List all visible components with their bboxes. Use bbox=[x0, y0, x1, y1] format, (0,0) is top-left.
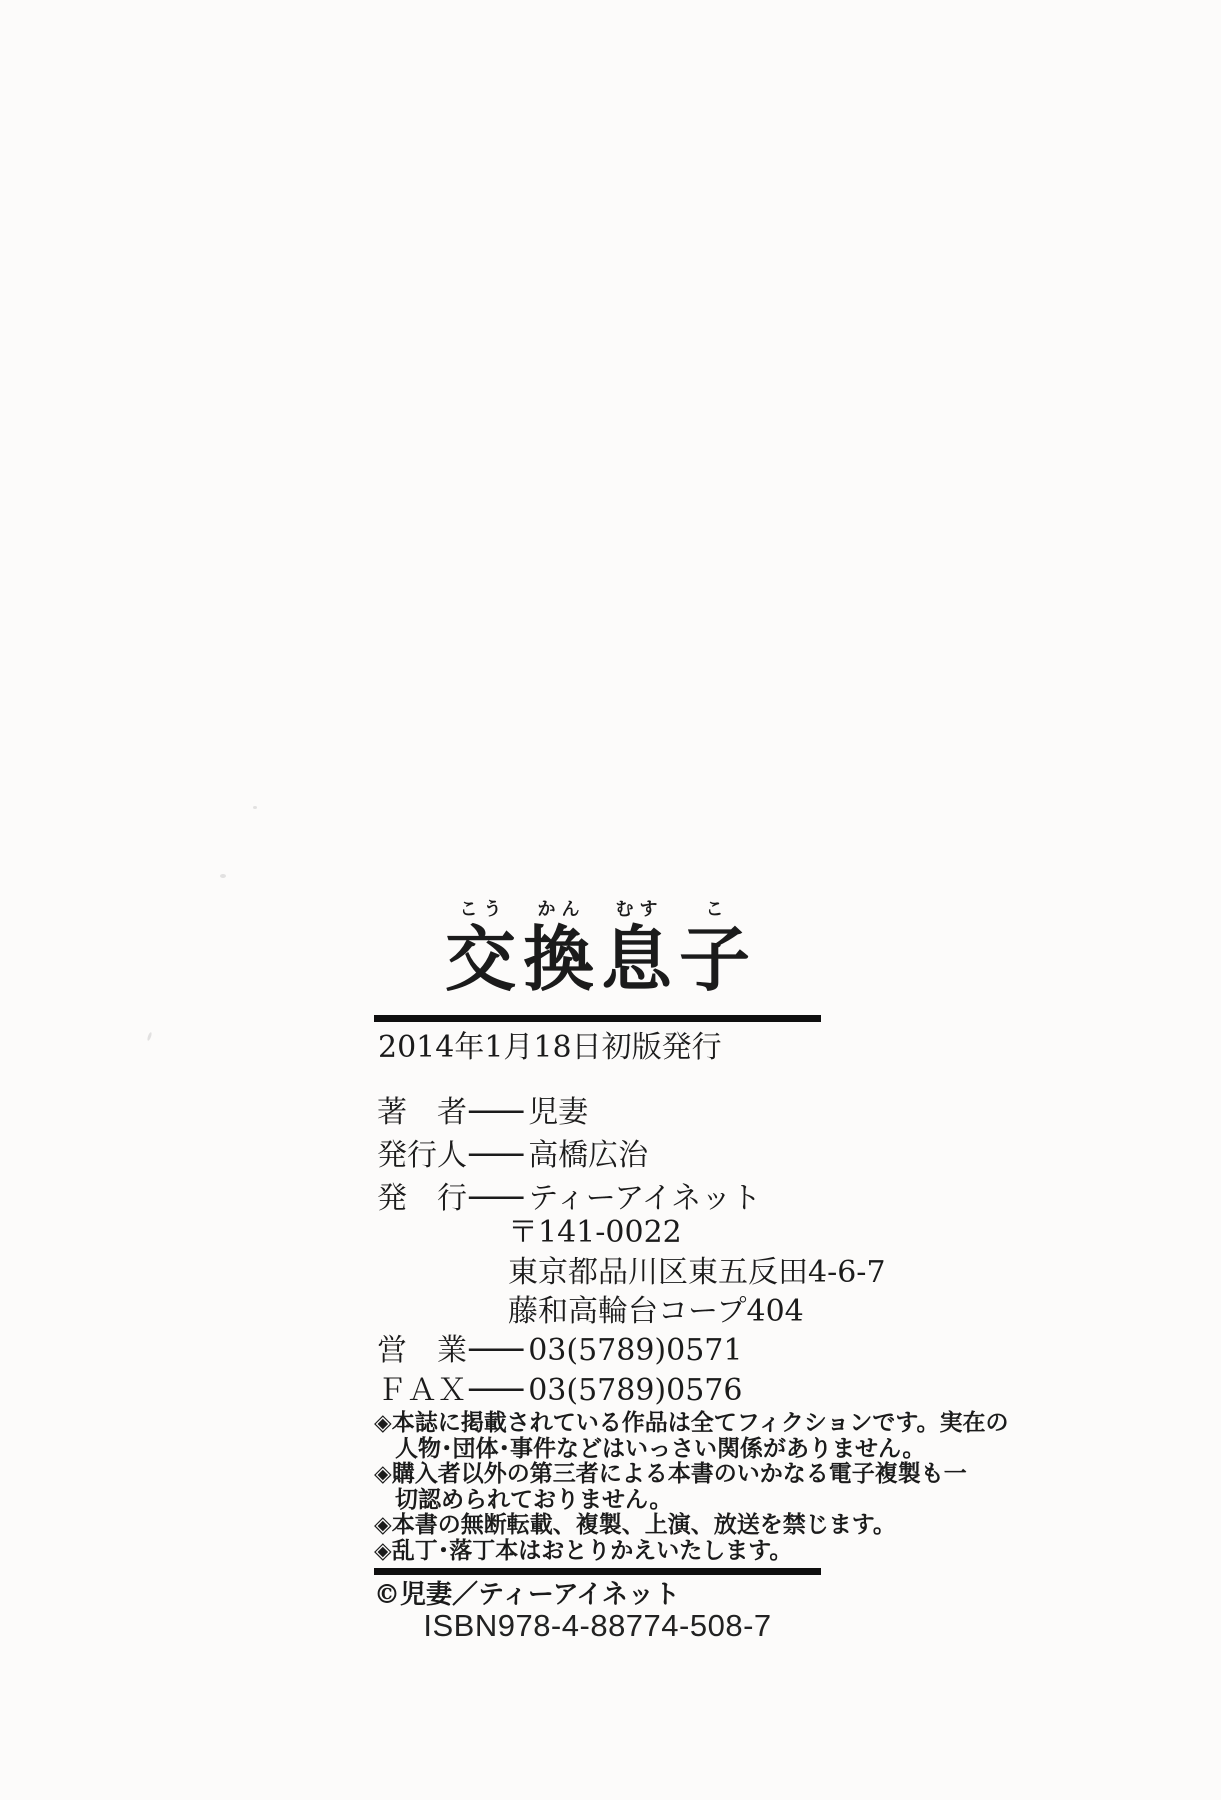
title-kanji: 換 bbox=[523, 922, 594, 997]
notice-line: 切認められておりません。 bbox=[374, 1487, 834, 1513]
contact-label: 営 業 bbox=[377, 1333, 467, 1369]
credit-row-publisher-person: 発行人───高橋広治 bbox=[377, 1138, 648, 1174]
leader-dash: ─── bbox=[469, 1333, 523, 1369]
fax-number: 03(5789)0576 bbox=[528, 1373, 742, 1409]
contact-label: ＦＡＸ bbox=[377, 1373, 467, 1409]
title-char: かん 換 bbox=[520, 898, 598, 997]
title-underline bbox=[374, 1015, 821, 1022]
contact-row-fax: ＦＡＸ───03(5789)0576 bbox=[377, 1373, 742, 1409]
credit-row-author: 著 者───児妻 bbox=[377, 1095, 588, 1131]
copyright-line: ©児妻／ティーアイネット bbox=[374, 1579, 680, 1611]
notice-line: ◈本誌に掲載されている作品は全てフィクションです。実在の bbox=[374, 1410, 834, 1436]
scan-speck bbox=[253, 806, 257, 809]
notice-line: ◈乱丁･落丁本はおとりかえいたします。 bbox=[374, 1538, 834, 1564]
title-kanji: 息 bbox=[601, 922, 672, 997]
title-char: むす 息 bbox=[598, 898, 676, 997]
address-line: 東京都品川区東五反田4-6-7 bbox=[508, 1255, 886, 1291]
legal-notices: ◈本誌に掲載されている作品は全てフィクションです。実在の 人物･団体･事件などは… bbox=[374, 1410, 834, 1564]
postal-code: 〒141-0022 bbox=[508, 1215, 682, 1251]
credit-label: 著 者 bbox=[377, 1095, 467, 1131]
title-char: こ 子 bbox=[676, 898, 754, 997]
credit-value: 高橋広治 bbox=[528, 1138, 648, 1174]
leader-dash: ─── bbox=[469, 1138, 523, 1174]
leader-dash: ─── bbox=[469, 1181, 523, 1217]
title-kanji: 子 bbox=[679, 922, 750, 997]
title-char: こう 交 bbox=[442, 898, 520, 997]
scan-speck bbox=[147, 1032, 153, 1041]
credit-value: 児妻 bbox=[528, 1095, 588, 1131]
footer-rule bbox=[374, 1568, 821, 1575]
isbn: ISBN978-4-88774-508-7 bbox=[374, 1608, 821, 1644]
scan-speck bbox=[220, 874, 226, 878]
credit-label: 発行人 bbox=[377, 1138, 467, 1174]
contact-row-sales: 営 業───03(5789)0571 bbox=[377, 1333, 742, 1369]
phone-number: 03(5789)0571 bbox=[528, 1333, 742, 1369]
notice-line: ◈購入者以外の第三者による本書のいかなる電子複製も一 bbox=[374, 1461, 834, 1487]
leader-dash: ─── bbox=[469, 1373, 523, 1409]
credit-value: ティーアイネット bbox=[528, 1181, 761, 1217]
colophon-page: こう 交 かん 換 むす 息 こ 子 2014年1月18日初版発行 著 者───… bbox=[0, 0, 1221, 1800]
credit-row-publisher: 発 行───ティーアイネット bbox=[377, 1181, 761, 1217]
notice-line: 人物･団体･事件などはいっさい関係がありません。 bbox=[374, 1436, 834, 1462]
edition-date: 2014年1月18日初版発行 bbox=[378, 1029, 722, 1067]
notice-line: ◈本書の無断転載、複製、上演、放送を禁じます。 bbox=[374, 1512, 834, 1538]
book-title: こう 交 かん 換 むす 息 こ 子 bbox=[374, 898, 821, 997]
address-line: 藤和高輪台コープ404 bbox=[508, 1294, 804, 1330]
title-kanji: 交 bbox=[445, 922, 516, 997]
credit-label: 発 行 bbox=[377, 1181, 467, 1217]
leader-dash: ─── bbox=[469, 1095, 523, 1131]
